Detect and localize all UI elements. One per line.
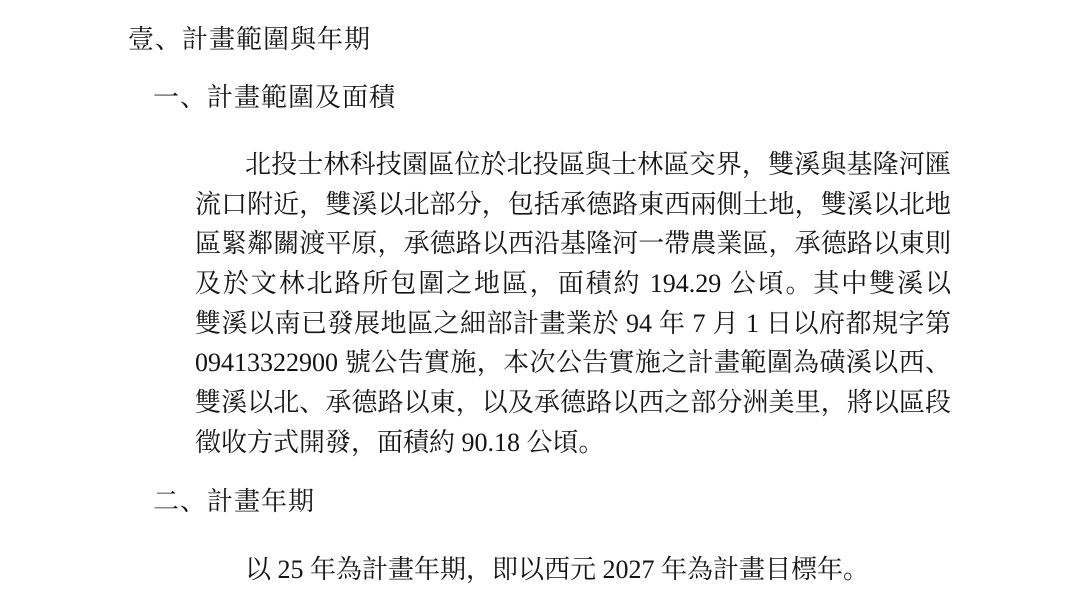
paragraph-line: 徵收方式開發，面積約 90.18 公頃。 bbox=[195, 423, 951, 463]
section-1-heading: 一、計畫範圍及面積 bbox=[153, 85, 396, 111]
paragraph-line: 雙溪以北、承德路以東，以及承德路以西之部分洲美里，將以區段 bbox=[195, 383, 951, 423]
paragraph-line: 及於文林北路所包圍之地區，面積約 194.29 公頃。其中雙溪以東， bbox=[195, 264, 951, 304]
paragraph-line: 09413322900 號公告實施，本次公告實施之計畫範圍為磺溪以西、 bbox=[195, 343, 951, 383]
paragraph-line: 北投士林科技園區位於北投區與士林區交界，雙溪與基隆河匯 bbox=[195, 145, 951, 185]
section-2-heading: 二、計畫年期 bbox=[153, 489, 315, 515]
section-2-paragraph: 以 25 年為計畫年期，即以西元 2027 年為計畫目標年。 bbox=[245, 557, 869, 583]
document-page: 壹、計畫範圍與年期 一、計畫範圍及面積 北投士林科技園區位於北投區與士林區交界，… bbox=[0, 0, 1080, 615]
paragraph-line: 以 25 年為計畫年期，即以西元 2027 年為計畫目標年。 bbox=[245, 555, 869, 584]
chapter-heading: 壹、計畫範圍與年期 bbox=[128, 27, 371, 53]
paragraph-line: 雙溪以南已發展地區之細部計畫業於 94 年 7 月 1 日以府都規字第 bbox=[195, 304, 951, 344]
paragraph-line: 區緊鄰關渡平原，承德路以西沿基隆河一帶農業區，承德路以東則 bbox=[195, 224, 951, 264]
section-1-paragraph: 北投士林科技園區位於北投區與士林區交界，雙溪與基隆河匯 流口附近，雙溪以北部分，… bbox=[195, 145, 951, 463]
paragraph-line: 流口附近，雙溪以北部分，包括承德路東西兩側土地，雙溪以北地 bbox=[195, 185, 951, 225]
